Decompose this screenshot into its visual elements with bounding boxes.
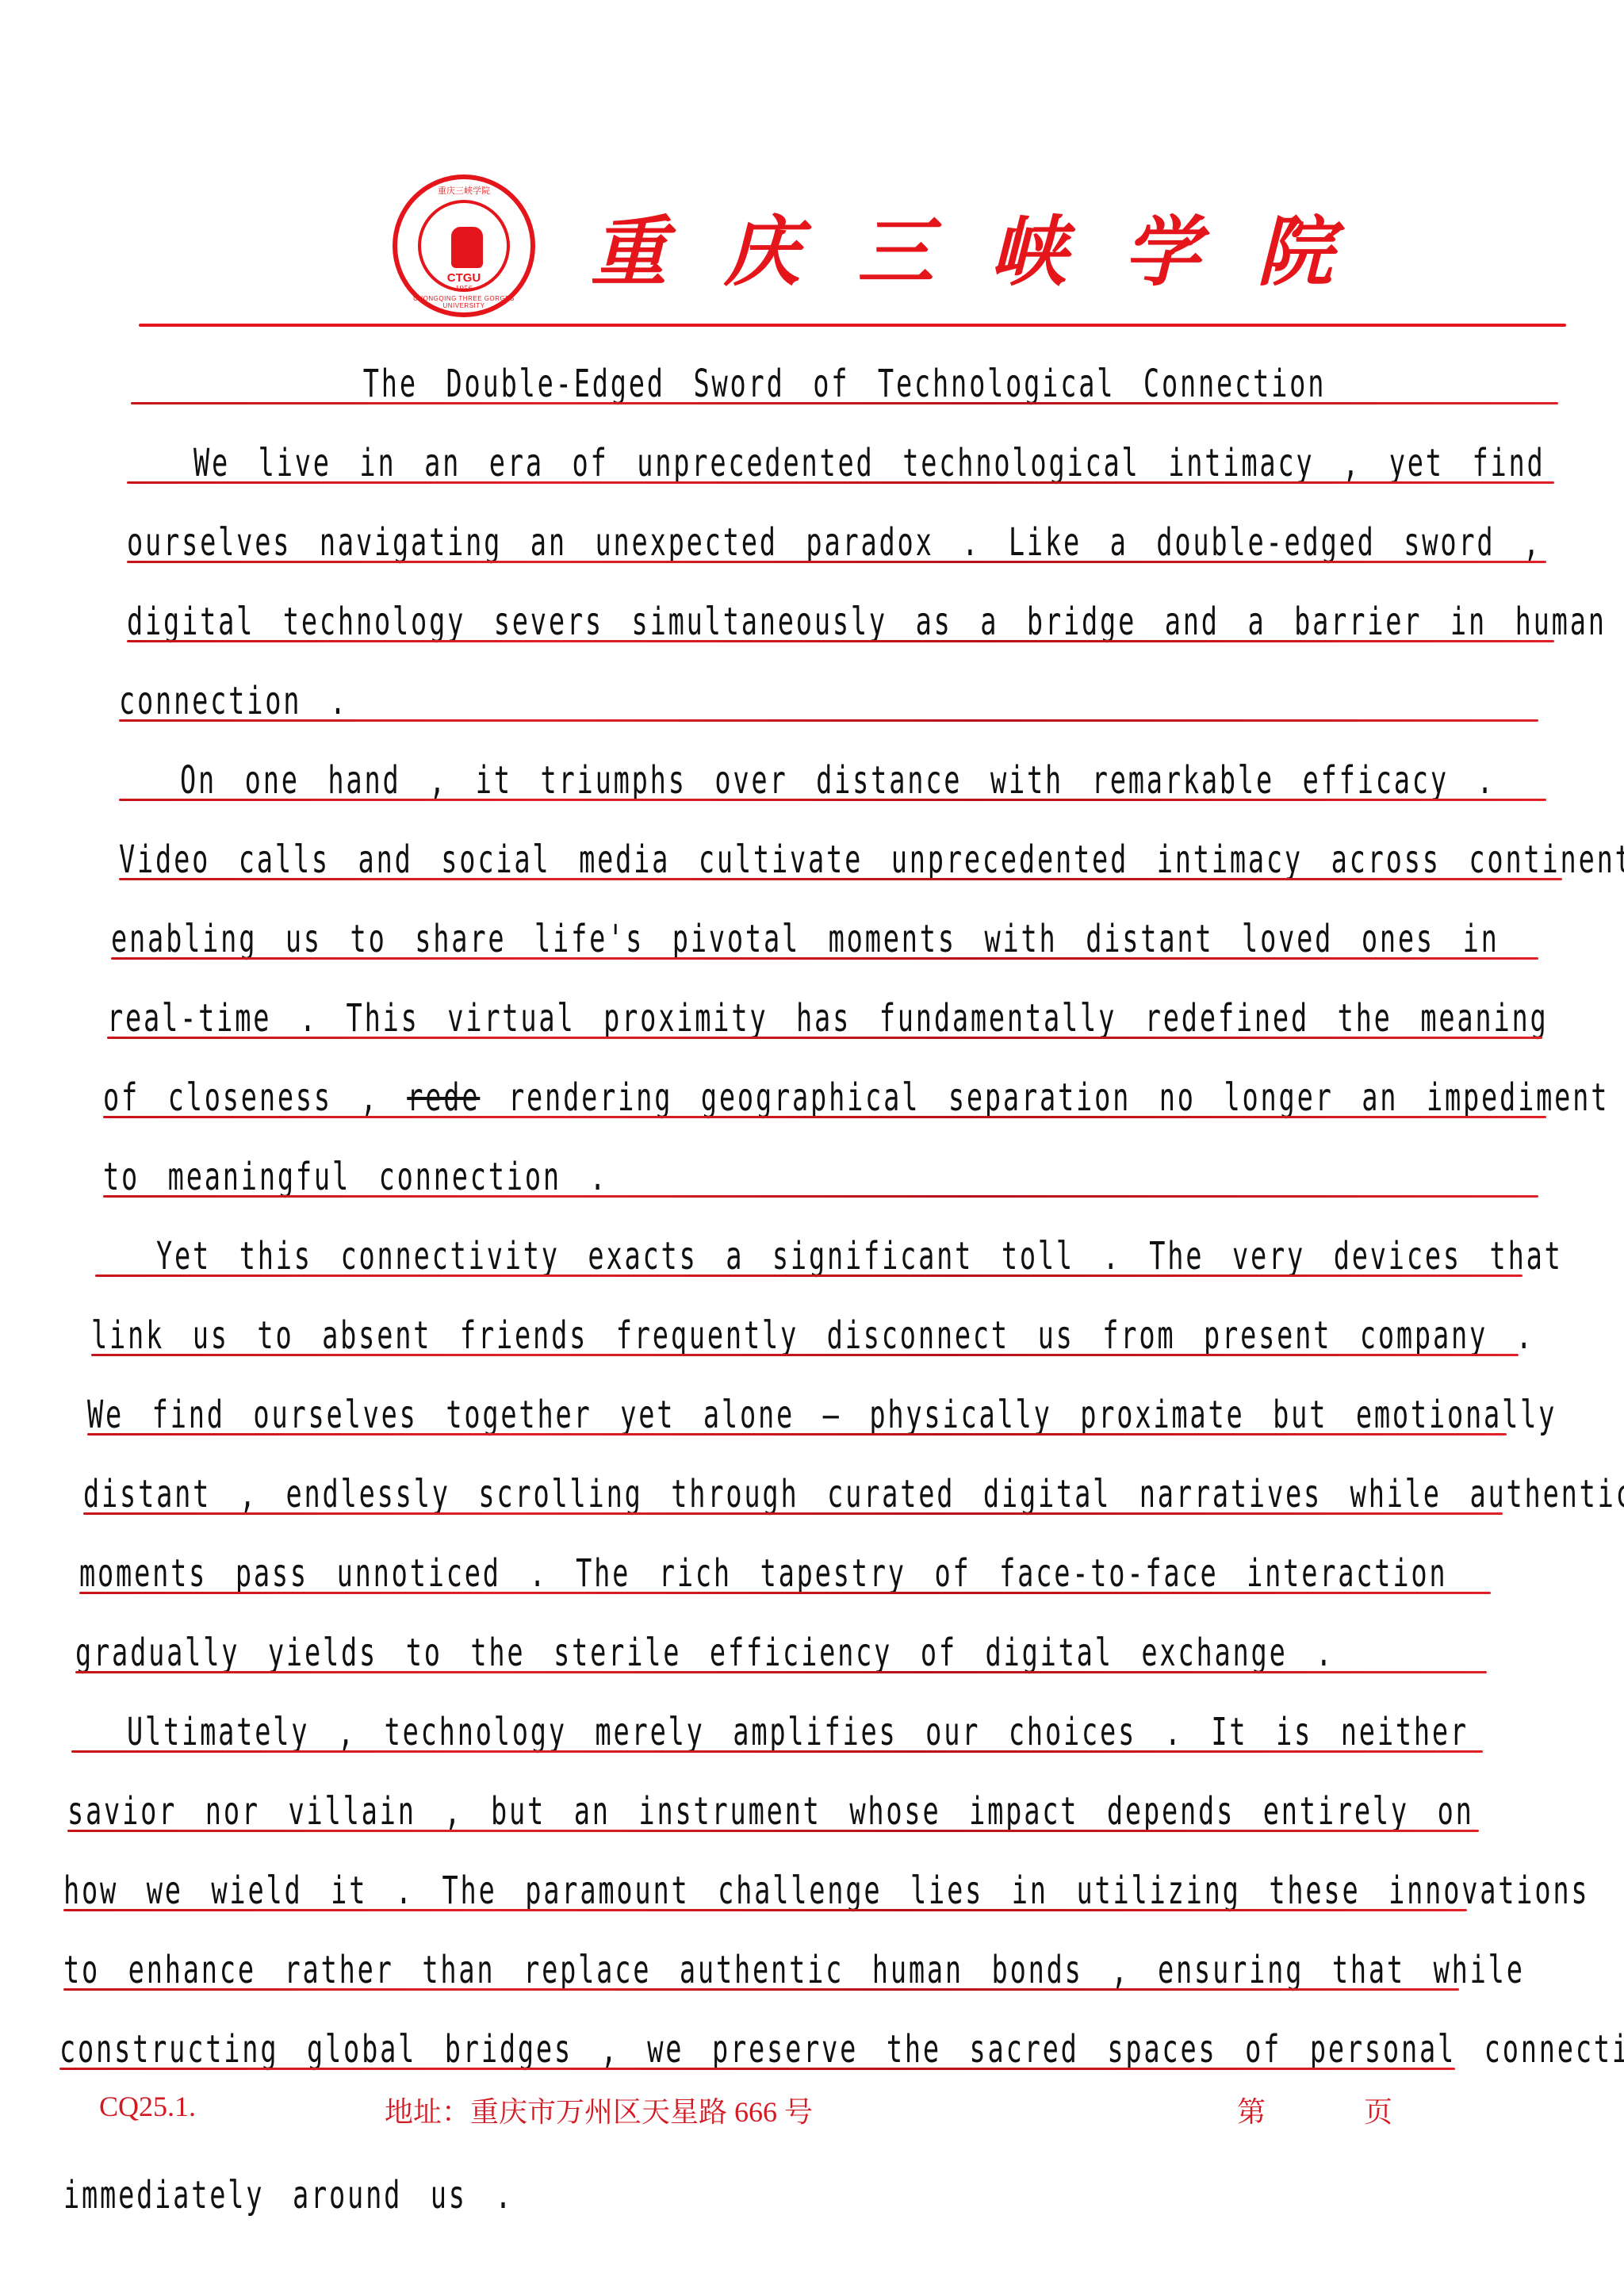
ruled-line: digital technology severs simultaneously… (127, 563, 1554, 642)
line-text: rendering geographical separation no lon… (480, 1075, 1609, 1120)
essay-line: of closeness , rede rendering geographic… (103, 1079, 1113, 1117)
school-name: 重庆三峡学院 (591, 192, 1390, 301)
essay-line: how we wield it . The paramount challeng… (63, 1872, 1046, 1910)
ruled-line: to meaningful connection . (103, 1118, 1538, 1198)
seal-inner-ring: CTGU 1956 (418, 200, 510, 292)
footer-page-prefix: 第 (1237, 2090, 1266, 2130)
university-seal-logo: 重庆三峡学院 CTGU 1956 CHONGQING THREE GORGES … (393, 174, 535, 317)
essay-line: link us to absent friends frequently dis… (91, 1317, 1090, 1355)
ruled-line: Yet this connectivity exacts a significa… (95, 1198, 1522, 1277)
essay-line: digital technology severs simultaneously… (127, 603, 1126, 641)
essay-line: We live in an era of unprecedented techn… (127, 444, 1126, 482)
ruled-line: gradually yields to the sterile efficien… (75, 1594, 1487, 1673)
seal-acronym: CTGU (421, 271, 507, 285)
essay-line: connection . (119, 682, 1113, 720)
essay-line: We find ourselves together yet alone — p… (87, 1396, 1081, 1434)
ruled-line: Video calls and social media cultivate u… (119, 801, 1562, 880)
seal-ring-bottom-text: CHONGQING THREE GORGES UNIVERSITY (397, 295, 530, 309)
essay-line: real-time . This virtual proximity has f… (107, 999, 1112, 1037)
ruled-line: real-time . This virtual proximity has f… (107, 960, 1542, 1039)
essay-line: savior nor villain , but an instrument w… (67, 1792, 1055, 1830)
letterhead: 重庆三峡学院 CTGU 1956 CHONGQING THREE GORGES … (393, 167, 1390, 325)
struck-out-word: rede (407, 1075, 480, 1120)
ruled-line: to enhance rather than replace authentic… (63, 1911, 1459, 1991)
ruled-line: On one hand , it triumphs over distance … (119, 722, 1546, 801)
essay-line: distant , endlessly scrolling through cu… (83, 1475, 1077, 1513)
essay-line: On one hand , it triumphs over distance … (119, 761, 1118, 799)
essay-tail-line: immediately around us . (63, 2173, 513, 2217)
ruled-line: Ultimately , technology merely amplifies… (71, 1673, 1483, 1753)
ruled-line: constructing global bridges , we preserv… (59, 1991, 1455, 2070)
essay-line: Ultimately , technology merely amplifies… (71, 1713, 1059, 1751)
essay-line: gradually yields to the sterile efficien… (75, 1634, 1063, 1672)
essay-line: to meaningful connection . (103, 1158, 1108, 1196)
essay-line: constructing global bridges , we preserv… (59, 2030, 1036, 2068)
essay-line: ourselves navigating an unexpected parad… (127, 523, 1120, 562)
footer-code: CQ25.1. (99, 2090, 196, 2123)
ruled-line: moments pass unnoticed . The rich tapest… (79, 1515, 1491, 1594)
ruled-line: We live in an era of unprecedented techn… (127, 404, 1554, 484)
essay-title-line: The Double-Edged Sword of Technological … (131, 325, 1558, 404)
seal-emblem-icon (451, 227, 483, 268)
ruled-line: of closeness , rede rendering geographic… (103, 1039, 1546, 1118)
ruled-line: savior nor villain , but an instrument w… (67, 1753, 1479, 1832)
ruled-line: distant , endlessly scrolling through cu… (83, 1435, 1503, 1515)
essay-line: Yet this connectivity exacts a significa… (95, 1237, 1094, 1275)
seal-year: 1956 (421, 284, 507, 293)
essay-line: Video calls and social media cultivate u… (119, 841, 1129, 879)
essay-line: moments pass unnoticed . The rich tapest… (79, 1554, 1067, 1593)
ruled-line: ourselves navigating an unexpected parad… (127, 484, 1546, 563)
seal-ring-top-text: 重庆三峡学院 (397, 184, 530, 197)
ruled-line: connection . (119, 642, 1538, 722)
essay-line: enabling us to share life's pivotal mome… (111, 920, 1110, 958)
ruled-line: how we wield it . The paramount challeng… (63, 1832, 1467, 1911)
essay-title: The Double-Edged Sword of Technological … (345, 365, 1344, 403)
ruled-line: We find ourselves together yet alone — p… (87, 1356, 1507, 1435)
red-rule-divider (59, 2068, 1455, 2070)
ruled-line: link us to absent friends frequently dis… (91, 1277, 1519, 1356)
essay-line: to enhance rather than replace authentic… (63, 1951, 1040, 1989)
footer-page-suffix: 页 (1364, 2090, 1392, 2130)
line-text: of closeness , (103, 1075, 407, 1120)
page-footer: CQ25.1. 地址：重庆市万州区天星路 666 号 第 页 (99, 2090, 1447, 2137)
footer-address: 地址：重庆市万州区天星路 666 号 (385, 2090, 813, 2130)
ruled-line: enabling us to share life's pivotal mome… (111, 880, 1538, 960)
